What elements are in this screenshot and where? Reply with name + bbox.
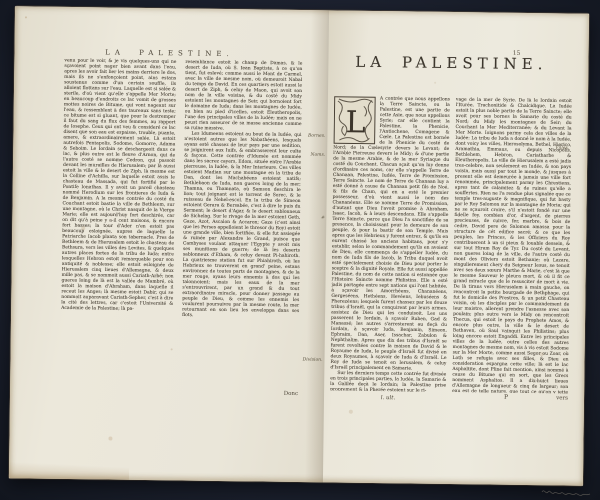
svg-text:L: L <box>345 105 365 140</box>
page-title: LA PALESTINE. <box>338 53 564 74</box>
right-column-2-text: vage de la mer de Syrie. De là le Iordai… <box>452 97 572 393</box>
woodcut-initial-L: L <box>333 96 376 145</box>
photo-background: LA PALESTINE. venu pour le voir, & je vi… <box>0 0 600 500</box>
book-spread: LA PALESTINE. venu pour le voir, & je vi… <box>9 6 589 485</box>
right-text-columns: L A contrée que nous appellons la Terre … <box>330 95 572 393</box>
pencil-inscription <box>540 486 592 496</box>
right-page: 15 LA PALESTINE. Bornes. Noms. ✳ Divisio… <box>323 10 589 485</box>
left-catchword: Donc <box>240 390 298 397</box>
margin-note-bornes: Bornes. <box>301 133 325 138</box>
paper-edge-stain <box>9 452 129 480</box>
left-column-2: resemblance estoit le champ de Damas, & … <box>181 59 302 400</box>
citation-note: l. ult. <box>330 394 446 402</box>
signature-mark: P <box>496 394 516 401</box>
right-column-2: vage de la mer de Syrie. De là le Iordai… <box>452 97 572 393</box>
margin-note-division: Division. <box>298 357 322 362</box>
margin-note-asterisk: ✳ <box>300 215 324 220</box>
left-running-head: LA PALESTINE. <box>69 48 269 59</box>
left-column-2-text: resemblance estoit le champ de Damas, & … <box>182 59 302 319</box>
foxing-spots <box>25 16 27 18</box>
right-column-1-text: L A contrée que nous appellons la Terre … <box>330 95 450 391</box>
right-catchword: vers <box>524 395 568 402</box>
left-column-1-text: venu pour le voir, & je vis quelques-uns… <box>61 58 176 312</box>
left-page: LA PALESTINE. venu pour le voir, & je vi… <box>9 6 329 482</box>
left-column-1: venu pour le voir, & je vis quelques-uns… <box>60 58 176 398</box>
left-text-columns: venu pour le voir, & je vis quelques-uns… <box>60 58 302 400</box>
right-column-1: L A contrée que nous appellons la Terre … <box>330 95 450 391</box>
margin-note-noms: Noms. <box>301 152 325 157</box>
